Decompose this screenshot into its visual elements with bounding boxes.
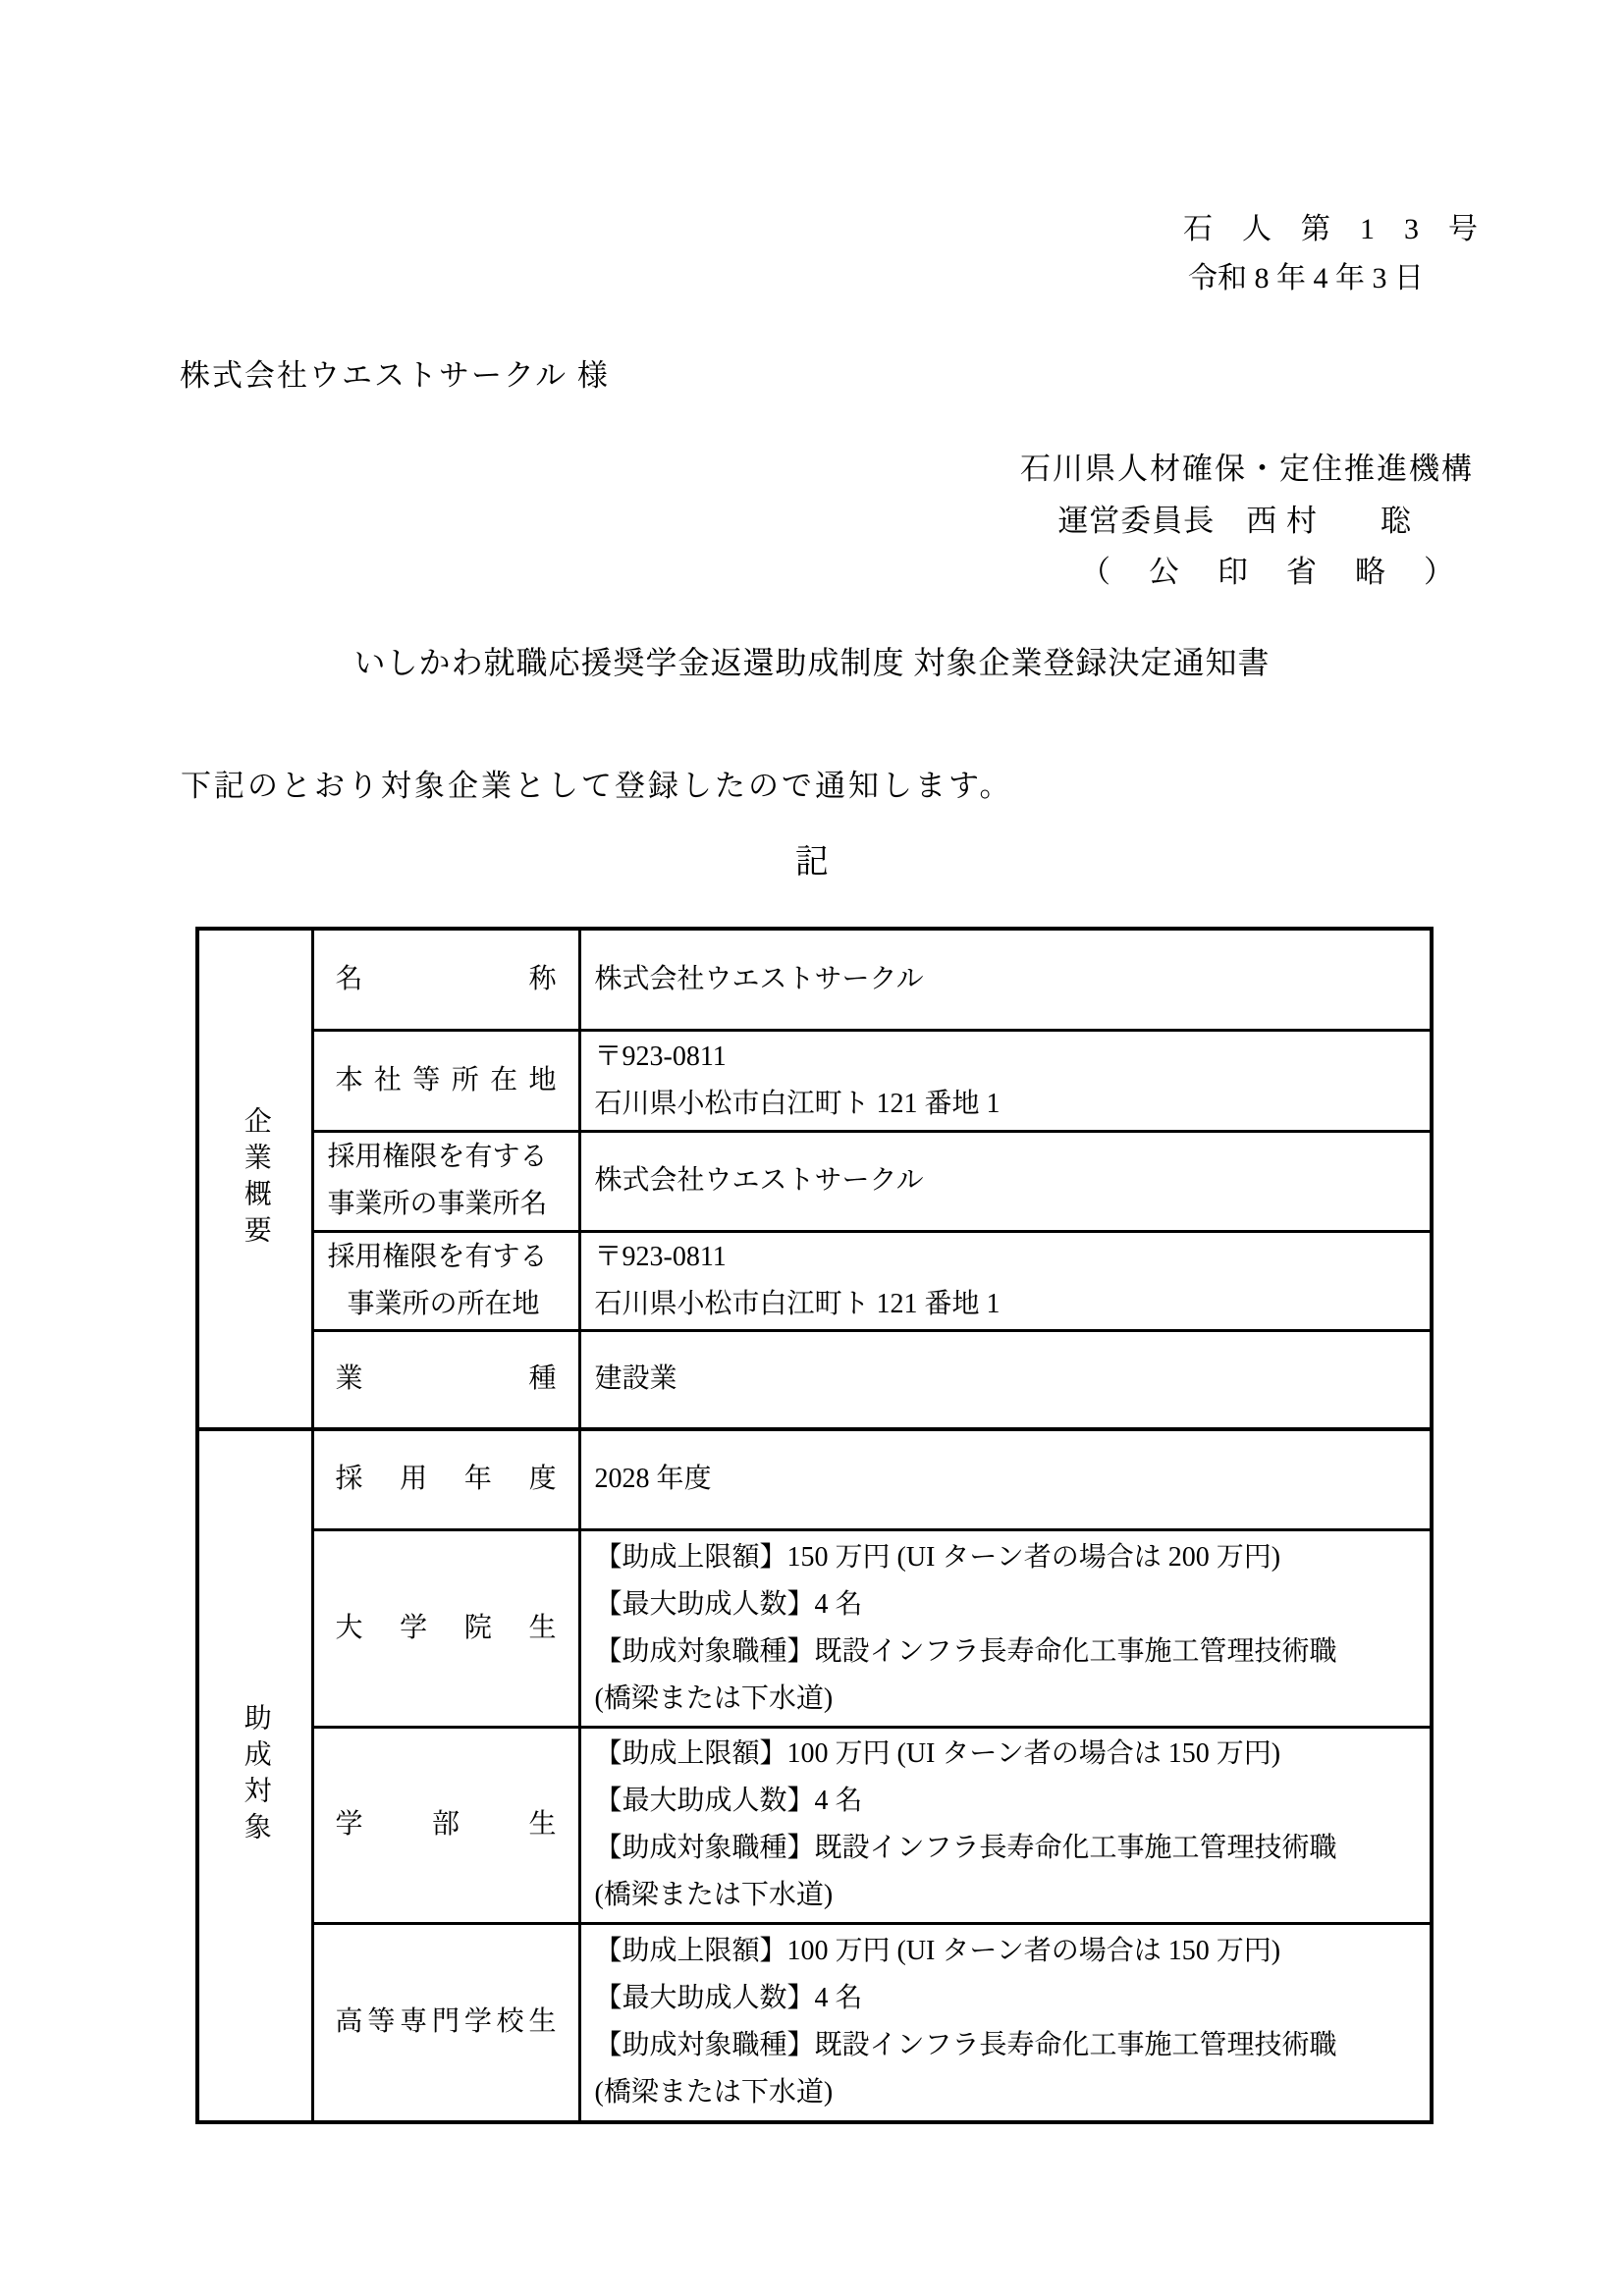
- body-text: 下記のとおり対象企業として登録したので通知します。: [181, 761, 1013, 805]
- table-row-name: 企業概要 名称 株式会社ウエストサークル: [197, 929, 1432, 1030]
- doc-number: 石 人 第 1 3 号: [1183, 204, 1478, 247]
- row-label: 学部生: [312, 1727, 579, 1923]
- value-line: 石川県小松市白江町ト 121 番地 1: [595, 1081, 1421, 1128]
- value-line: 建設業: [595, 1356, 1421, 1403]
- table-row-hiring-office-name: 採用権限を有する 事業所の事業所名 株式会社ウエストサークル: [197, 1131, 1432, 1231]
- value-line: 【助成上限額】100 万円 (UI ターン者の場合は 150 万円): [595, 1731, 1421, 1778]
- row-value: 2028 年度: [579, 1429, 1432, 1529]
- row-value: 株式会社ウエストサークル: [579, 929, 1432, 1030]
- value-line: 2028 年度: [595, 1456, 1421, 1503]
- table-row-hiring-office-address: 採用権限を有する 事業所の所在地 〒923-0811 石川県小松市白江町ト 12…: [197, 1231, 1432, 1330]
- value-line: 株式会社ウエストサークル: [595, 956, 1421, 1003]
- row-label: 採用権限を有する 事業所の事業所名: [312, 1131, 579, 1231]
- doc-date: 令和 8 年 4 年 3 日: [1188, 253, 1424, 296]
- document-title: いしかわ就職応援奨学金返還助成制度 対象企業登録決定通知書: [0, 638, 1624, 683]
- sender-chief-name: 運営委員長 西 村 聡: [1057, 496, 1412, 540]
- row-value: 【助成上限額】100 万円 (UI ターン者の場合は 150 万円) 【最大助成…: [579, 1727, 1432, 1923]
- label-line: 事業所の事業所名: [328, 1181, 568, 1228]
- section-label-text: 企業概要: [242, 1106, 269, 1252]
- row-value: 【助成上限額】100 万円 (UI ターン者の場合は 150 万円) 【最大助成…: [579, 1923, 1432, 2122]
- value-line: 【最大助成人数】4 名: [595, 1975, 1421, 2022]
- label-line: 採用権限を有する: [328, 1234, 568, 1281]
- table-row-hiring-year: 助成対象 採用年度 2028 年度: [197, 1429, 1432, 1529]
- section-label-company-overview: 企業概要: [197, 929, 312, 1429]
- value-line: 【助成対象職種】既設インフラ長寿命化工事施工管理技術職: [595, 1629, 1421, 1676]
- value-line: (橋梁または下水道): [595, 2069, 1421, 2116]
- sender-organization: 石川県人材確保・定住推進機構: [1020, 444, 1474, 488]
- section-label-text: 助成対象: [242, 1703, 269, 1848]
- row-value: 〒923-0811 石川県小松市白江町ト 121 番地 1: [579, 1231, 1432, 1330]
- label-line: 事業所の所在地: [328, 1281, 568, 1328]
- value-line: 株式会社ウエストサークル: [595, 1157, 1421, 1204]
- table-row-undergraduate-students: 学部生 【助成上限額】100 万円 (UI ターン者の場合は 150 万円) 【…: [197, 1727, 1432, 1923]
- value-line: 〒923-0811: [595, 1034, 1421, 1081]
- table-row-head-office-address: 本社等所在地 〒923-0811 石川県小松市白江町ト 121 番地 1: [197, 1030, 1432, 1131]
- row-label: 高等専門学校生: [312, 1923, 579, 2122]
- row-value: 〒923-0811 石川県小松市白江町ト 121 番地 1: [579, 1030, 1432, 1131]
- row-label: 採用年度: [312, 1429, 579, 1529]
- value-line: 【助成上限額】150 万円 (UI ターン者の場合は 200 万円): [595, 1534, 1421, 1581]
- document-page: 石 人 第 1 3 号 令和 8 年 4 年 3 日 株式会社ウエストサークル …: [0, 0, 1624, 2296]
- row-label: 本社等所在地: [312, 1030, 579, 1131]
- value-line: 【助成上限額】100 万円 (UI ターン者の場合は 150 万円): [595, 1928, 1421, 1975]
- row-label: 大学院生: [312, 1529, 579, 1727]
- value-line: 【助成対象職種】既設インフラ長寿命化工事施工管理技術職: [595, 1825, 1421, 1872]
- table-row-industry: 業種 建設業: [197, 1330, 1432, 1429]
- section-label-subsidy-target: 助成対象: [197, 1429, 312, 2122]
- label-line: 採用権限を有する: [328, 1134, 568, 1181]
- value-line: 【助成対象職種】既設インフラ長寿命化工事施工管理技術職: [595, 2022, 1421, 2069]
- row-label: 名称: [312, 929, 579, 1030]
- row-value: 建設業: [579, 1330, 1432, 1429]
- value-line: (橋梁または下水道): [595, 1676, 1421, 1723]
- company-registration-table: 企業概要 名称 株式会社ウエストサークル 本社等所在地 〒923-0811 石川…: [195, 927, 1434, 2124]
- row-value: 株式会社ウエストサークル: [579, 1131, 1432, 1231]
- row-label: 業種: [312, 1330, 579, 1429]
- addressee: 株式会社ウエストサークル 様: [180, 350, 610, 395]
- row-value: 【助成上限額】150 万円 (UI ターン者の場合は 200 万円) 【最大助成…: [579, 1529, 1432, 1727]
- value-line: 〒923-0811: [595, 1234, 1421, 1281]
- value-line: 【最大助成人数】4 名: [595, 1778, 1421, 1825]
- value-line: (橋梁または下水道): [595, 1872, 1421, 1919]
- value-line: 石川県小松市白江町ト 121 番地 1: [595, 1281, 1421, 1328]
- table-row-kosen-students: 高等専門学校生 【助成上限額】100 万円 (UI ターン者の場合は 150 万…: [197, 1923, 1432, 2122]
- ki-heading: 記: [0, 834, 1624, 882]
- table-row-graduate-students: 大学院生 【助成上限額】150 万円 (UI ターン者の場合は 200 万円) …: [197, 1529, 1432, 1727]
- seal-omitted-note: （ 公 印 省 略 ）: [1080, 547, 1458, 591]
- row-label: 採用権限を有する 事業所の所在地: [312, 1231, 579, 1330]
- value-line: 【最大助成人数】4 名: [595, 1581, 1421, 1629]
